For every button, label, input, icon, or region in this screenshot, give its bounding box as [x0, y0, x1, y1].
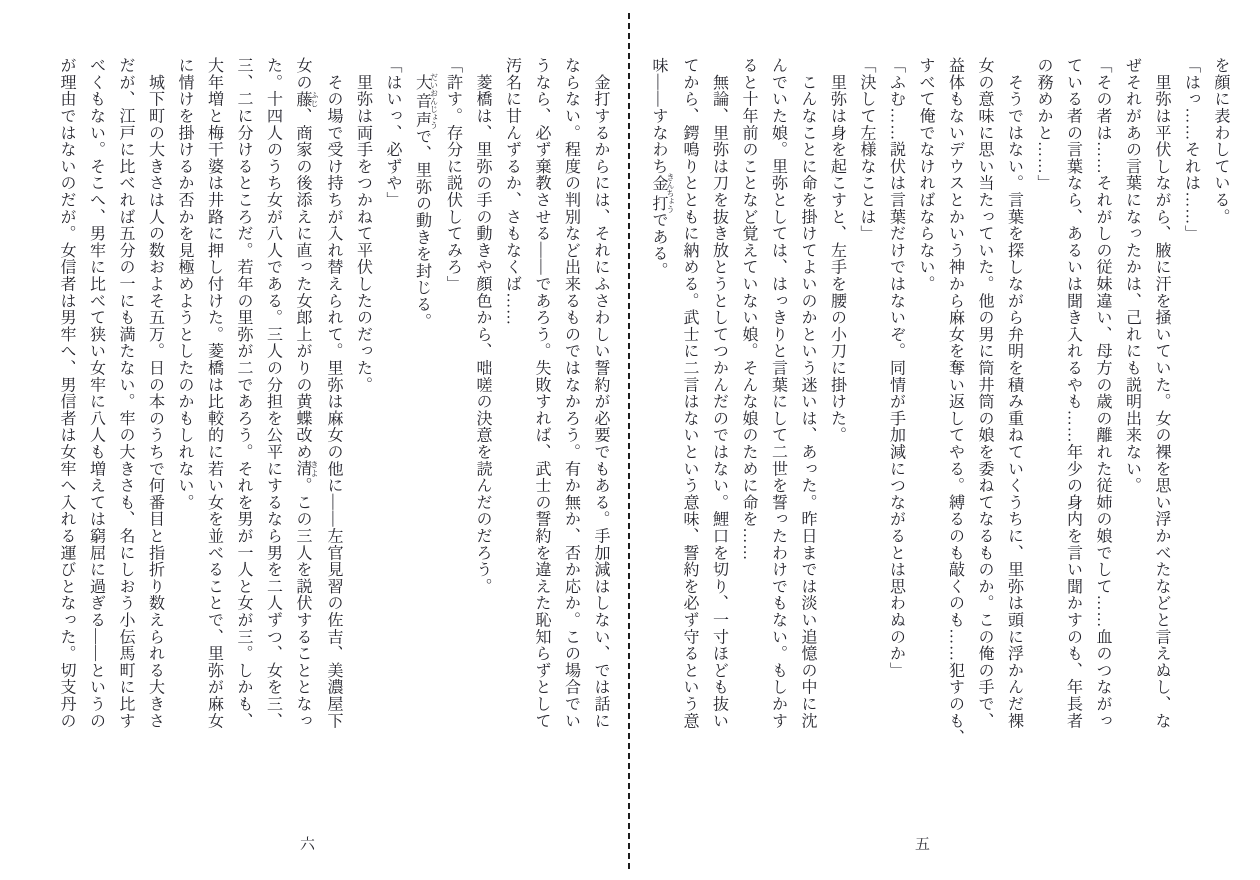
- text-column: ならない。程度の判別など出来るものではなかろう。有か無か、否か応か。この場合でい: [556, 57, 586, 751]
- text-column: 無論、里弥は刀を抜き放とうとしてつかんだのではない。鯉口を切り、一寸ほども抜い: [704, 57, 734, 751]
- text-column: 「はいっ、必ずや」: [378, 57, 408, 751]
- text-column: ぜそれがあの言葉になったかは、己れにも説明出来ない。: [1117, 57, 1147, 751]
- text-column: ると十年前のことなど覚えていない娘。そんな娘のために命を……: [734, 57, 764, 751]
- text-column: 里弥は平伏しながら、腋に汗を掻いていた。女の裸を思い浮かべたなどと言えぬし、な: [1147, 57, 1177, 751]
- text-column: うなら、必ず棄教させる――であろう。失敗すれば、武士の誓約を違えた恥知らずとして: [527, 57, 557, 751]
- text-column: 味――すなわち金打きんちょうである。: [644, 57, 675, 751]
- text-column: てから、鍔鳴りとともに納める。武士に二言はないという意味、誓約を必ず守るという意: [675, 57, 705, 751]
- text-column: 里弥は身を起こすと、左手を腰の小刀に掛けた。: [822, 57, 852, 751]
- page-six-text: 金打するからには、それにふさわしい誓約が必要でもある。手加減はしない、では話にな…: [52, 57, 616, 751]
- text-column: こんなことに命を掛けてよいのかという迷いは、あった。昨日までは淡い追憶の中に沈: [793, 57, 823, 751]
- ruby-annotated-word: 清きよ: [294, 460, 311, 477]
- text-column: その場で受け持ちが入れ替えられて。里弥は麻女の他に――左官見習の佐吉、美濃屋下: [319, 57, 349, 751]
- text-column: 金打するからには、それにふさわしい誓約が必要でもある。手加減はしない、では話に: [586, 57, 616, 751]
- text-column: そうではない。言葉を探しながら弁明を積み重ねていくうちに、里弥は頭に浮かんだ裸: [999, 57, 1029, 751]
- text-column: 城下町の大きさは人の数およそ五万。日の本のうちで何番目と指折り数えられる大きさ: [140, 57, 170, 751]
- ruby-annotated-word: 金打きんちょう: [650, 175, 667, 212]
- text-column: た。十四人のうち女が八人である。三人の分担を公平にするなら男を二人ずつ、女を三、: [258, 57, 288, 751]
- ruby-annotated-word: 藤ふじ: [294, 91, 311, 108]
- text-column: 益体もないデウスとかいう神から麻女を奪い返してやる。縛るのも敲くのも……犯すのも…: [940, 57, 970, 751]
- text-column: 「ふむ……説伏は言葉だけではないぞ。同情が手加減につながるとは思わぬのか」: [881, 57, 911, 751]
- book-spread: を顔に表わしている。「はっ……それは……」 里弥は平伏しながら、腋に汗を掻いてい…: [0, 0, 1260, 880]
- page-five: を顔に表わしている。「はっ……それは……」 里弥は平伏しながら、腋に汗を掻いてい…: [632, 0, 1260, 880]
- text-column: だが、江戸に比べれば五分の一にも満たない。牢の大きさも、名にしおう小伝馬町に比す: [111, 57, 141, 751]
- text-column: 「決して左様なことは」: [852, 57, 882, 751]
- text-column: べくもない。そこへ、男牢に比べて狭い女牢に八人も増えては窮屈に過ぎる――というの: [81, 57, 111, 751]
- page-number: 五: [915, 833, 930, 854]
- ruby-annotated-word: 大音声だいおんじょう: [414, 74, 431, 128]
- text-column: 大音声だいおんじょうで、里弥の動きを封じる。: [407, 57, 438, 751]
- text-column: に情けを掛けるか否かを見極めようとしたのかもしれない。: [170, 57, 200, 751]
- text-column: 大年増と梅干婆は井路に押し付けた。菱橋は比較的に若い女を並べることで、里弥が麻女: [199, 57, 229, 751]
- text-column: 女の藤ふじ、商家の後添えに直った女郎上がりの黄蝶改め清きよ。この三人を説伏するこ…: [288, 57, 319, 751]
- text-column: 「許す。存分に説伏してみろ」: [438, 57, 468, 751]
- text-column: 三、二に分けるところだ。若年の里弥が二であろう。それを男が一人と女が三。しかも、: [229, 57, 259, 751]
- text-column: 菱橋は、里弥の手の動きや顔色から、咄嗟の決意を読んだのだろう。: [468, 57, 498, 751]
- page-number: 六: [300, 833, 315, 854]
- text-column: 「はっ……それは……」: [1176, 57, 1206, 751]
- page-six: 金打するからには、それにふさわしい誓約が必要でもある。手加減はしない、では話にな…: [0, 0, 628, 880]
- text-column: の務めかと……」: [1029, 57, 1059, 751]
- text-column: 「その者は……それがしの従妹違い、母方の歳の離れた従姉の娘でして……血のつながっ: [1088, 57, 1118, 751]
- center-fold-dashed-line: [628, 13, 630, 869]
- text-column: 女の意味に思い当たっていた。他の男に筒井筒の娘を委ねてなるものか。この俺の手で、: [970, 57, 1000, 751]
- text-column: を顔に表わしている。: [1206, 57, 1236, 751]
- text-column: 汚名に甘んずるか、さもなくば……: [497, 57, 527, 751]
- text-column: すべて俺でなければならない。: [911, 57, 941, 751]
- text-column: んでいた娘。里弥としては、はっきりと言葉にして二世を誓ったわけでもない。もしかす: [763, 57, 793, 751]
- text-column: 里弥は両手をつかねて平伏したのだった。: [348, 57, 378, 751]
- page-five-text: を顔に表わしている。「はっ……それは……」 里弥は平伏しながら、腋に汗を掻いてい…: [644, 57, 1236, 751]
- text-column: が理由ではないのだが。女信者は男牢へ、男信者は女牢へ入れる運びとなった。切支丹の: [52, 57, 82, 751]
- text-column: ている者の言葉なら、あるいは聞き入れるやも……年少の身内を言い聞かすのも、年長者: [1058, 57, 1088, 751]
